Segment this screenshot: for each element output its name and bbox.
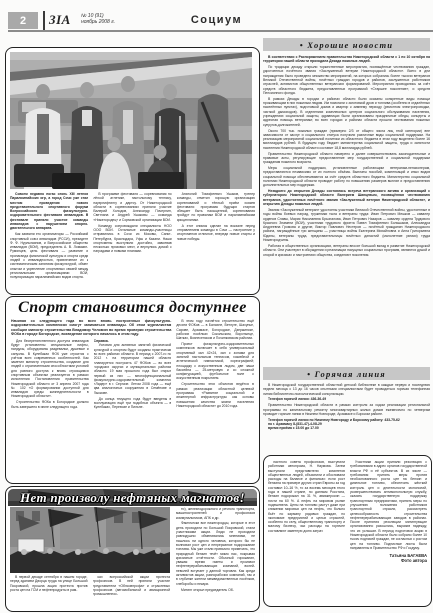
protest-rcol-p3: Митинг открыл председатель Об-	[176, 588, 255, 592]
photo-protest-rally	[10, 507, 170, 573]
festival-col1-text: Как заявили его организаторы — Российски…	[10, 232, 88, 279]
photo-athletes-at-train-station	[10, 52, 252, 189]
sport-col3-p1: В этом году начнётся строительство ещё д…	[176, 319, 254, 340]
festival-lede: Совсем недавно погас огонь XIII летних П…	[10, 192, 88, 231]
protest-caption-col1: В первой декаде сентября в нашем городе,…	[10, 575, 88, 606]
protest-cap1: В первой декаде сентября в нашем городе,…	[10, 575, 88, 592]
protest-caption-columns: В первой декаде сентября в нашем городе,…	[10, 575, 170, 606]
good-news-header: • Хорошие новости	[263, 38, 430, 51]
sport-col-1: Для беспрепятственного доступа инвалидов…	[11, 339, 89, 480]
festival-col3-p2: А этот снимок сделан на вокзале перед от…	[177, 224, 255, 241]
sport-col1-p2: Строительство ФОКа в Богородске должно б…	[11, 400, 89, 409]
good-news-intro: В соответствии с Распоряжением правитель…	[263, 55, 430, 64]
festival-col2-p1: В программе фестиваля — соревнования по …	[93, 192, 171, 222]
header-rule	[8, 30, 433, 32]
good-news-p4: Правительство Нижегородской области наме…	[263, 152, 430, 165]
protest-box-col2: Участники акции приняли резолюцию с треб…	[350, 460, 427, 550]
good-news-text: В соответствии с Распоряжением правитель…	[263, 55, 430, 363]
sport-col2-p1: Условия для активных занятий физической …	[94, 343, 172, 395]
protest-box-col1: ластного совета профсоюзов, выступили ра…	[268, 460, 345, 533]
sport-article-box: Спорт становится доступнее Начиная со сл…	[5, 296, 260, 484]
protest-cont-col2: Участники акции приняли резолюцию с треб…	[350, 460, 427, 603]
protest-continuation-box: ластного совета профсоюзов, выступили ра…	[263, 455, 432, 607]
sport-col2-p2: До конца текущего года будут введены в э…	[94, 397, 172, 410]
protest-cap2: ках всероссийской акции протеста профсою…	[93, 575, 171, 596]
protest-right-column: ти), железнодорожного и речного транспор…	[176, 507, 255, 608]
sport-col-3: В этом году начнётся строительство ещё д…	[176, 319, 254, 480]
sport-columns: Начиная со следующего года во всех вновь…	[11, 319, 254, 480]
sport-col-2: Справка. Условия для активных занятий фи…	[94, 339, 172, 480]
festival-col-2: В программе фестиваля — соревнования по …	[93, 192, 171, 291]
good-news-p1: По традиции декаду открыли торжественные…	[263, 65, 430, 95]
protest-article-box: Нет произволу нефтяных магнатов!	[5, 486, 260, 612]
good-news-p3: Около 700 тыс. пожилых граждан (примерно…	[263, 129, 430, 150]
protest-headline: Нет произволу нефтяных магнатов!	[8, 490, 257, 506]
newspaper-page: 2 ЗIА № 10 (91) ноябрь 2008 г. Социум	[0, 0, 433, 613]
festival-caption-columns: Совсем недавно погас огонь XIII летних П…	[10, 192, 255, 291]
festival-col3-p1: Анатолий Тимофеевич Ушаков, тренер коман…	[177, 192, 255, 222]
festival-col-3: Анатолий Тимофеевич Ушаков, тренер коман…	[177, 192, 255, 291]
sport-col3-p3: Строительство этих объектов ведётся в ра…	[176, 382, 254, 408]
hotline-p2: Правительство Нижегородской области в ра…	[263, 403, 430, 416]
hotline-phone-1: Телефон горячей линии: 436-36-49	[263, 397, 430, 401]
hotline-phone-2c: время приёма с 15.00 до 17.00	[263, 426, 430, 430]
hotline-header: • Горячая линия	[263, 367, 430, 380]
photo-credit: Фото автора	[350, 558, 427, 563]
protest-headline-strip: Нет произволу нефтяных магнатов!	[8, 489, 257, 506]
sport-col1-p1: Для беспрепятственного доступа инвалидов…	[11, 339, 89, 399]
protest-caption-col2: ках всероссийской акции протеста профсою…	[93, 575, 171, 606]
good-news-p7: Звания «Заслуженный ветеран» удостоены у…	[263, 208, 430, 242]
protest-rcol-p2: Фактически все нижегородцы, которые в эт…	[176, 521, 255, 585]
protest-cont-col1: ластного совета профсоюзов, выступили ра…	[268, 460, 345, 603]
festival-col-1: Совсем недавно погас огонь XIII летних П…	[10, 192, 88, 291]
sport-intro: Начиная со следующего года во всех вновь…	[11, 319, 171, 337]
hotline-p1: В Нижегородской государственной областно…	[263, 383, 430, 396]
sport-col3-p2: Проект физкультурно-оздоровительных комп…	[176, 342, 254, 381]
sport-reference-label: Справка.	[94, 339, 172, 343]
festival-article-box: Совсем недавно погас огонь XIII летних П…	[5, 47, 260, 295]
protest-rcol-p1: ти), железнодорожного и речного транспор…	[176, 507, 255, 520]
good-news-p6: Незадолго до открытия Декады состоялась …	[263, 189, 430, 206]
festival-col2-p2: Команду сопровождали специалисты НОО ООО…	[93, 224, 171, 254]
protest-continuation-columns: ластного совета профсоюзов, выступили ра…	[268, 460, 427, 603]
good-news-p2: В рамках Декады в городах и районах обла…	[263, 97, 430, 127]
hotline-text: В Нижегородской государственной областно…	[263, 383, 430, 452]
section-title: Социум	[0, 14, 433, 26]
good-news-p5: Меры социальной поддержки, установленные…	[263, 166, 430, 187]
sport-headline: Спорт становится доступнее	[6, 299, 259, 317]
good-news-p8: Работая в общественных организациях, вет…	[263, 244, 430, 257]
